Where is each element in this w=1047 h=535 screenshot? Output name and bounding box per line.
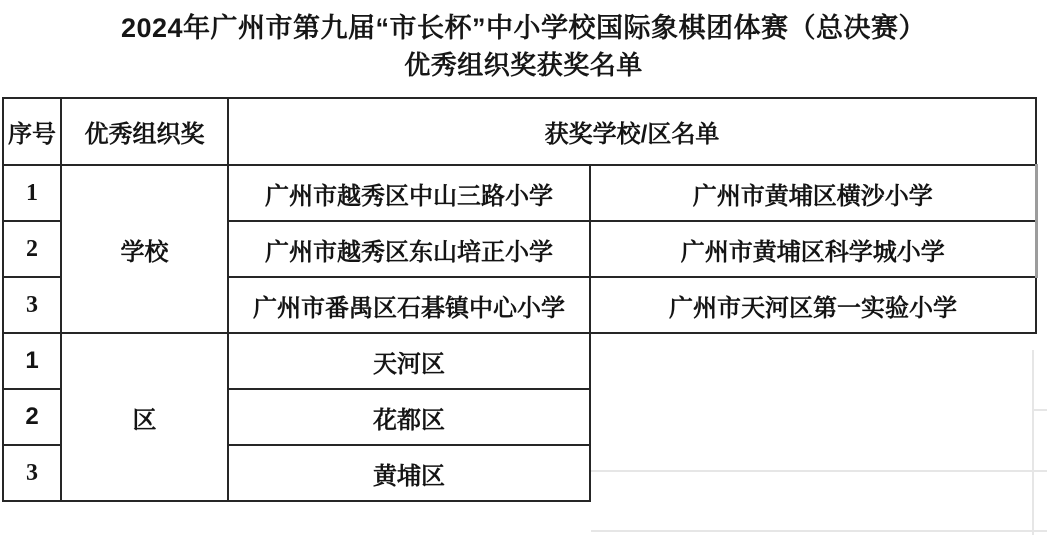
serial-cell: 3: [3, 277, 61, 333]
district-cell: 花都区: [228, 389, 590, 445]
header-winners: 获奖学校/区名单: [228, 98, 1036, 165]
district-cell: 黄埔区: [228, 445, 590, 501]
empty-area: [590, 389, 1036, 445]
category-cell-school: 学校: [61, 165, 228, 333]
serial-cell: 1: [3, 165, 61, 221]
document-subtitle: 优秀组织奖获奖名单: [0, 47, 1047, 84]
school-cell: 广州市越秀区东山培正小学: [228, 221, 590, 277]
empty-area: [590, 333, 1036, 389]
serial-cell: 1: [3, 333, 61, 389]
school-cell: 广州市番禺区石碁镇中心小学: [228, 277, 590, 333]
serial-cell: 2: [3, 389, 61, 445]
spreadsheet-gridline-horizontal: [1032, 409, 1047, 411]
header-award: 优秀组织奖: [61, 98, 228, 165]
table-header-row: 序号 优秀组织奖 获奖学校/区名单: [3, 98, 1036, 165]
district-cell: 天河区: [228, 333, 590, 389]
school-cell: 广州市黄埔区横沙小学: [590, 165, 1036, 221]
spreadsheet-gridline-horizontal: [591, 530, 1047, 532]
awards-table: 序号 优秀组织奖 获奖学校/区名单 1 学校 广州市越秀区中山三路小学 广州市黄…: [2, 97, 1038, 502]
table-row: 1 学校 广州市越秀区中山三路小学 广州市黄埔区横沙小学: [3, 165, 1036, 221]
category-cell-district: 区: [61, 333, 228, 501]
header-serial: 序号: [3, 98, 61, 165]
school-cell: 广州市黄埔区科学城小学: [590, 221, 1036, 277]
table-row: 1 区 天河区: [3, 333, 1036, 389]
document-title: 2024年广州市第九届“市长杯”中小学校国际象棋团体赛（总决赛）: [0, 10, 1047, 47]
serial-cell: 3: [3, 445, 61, 501]
empty-area: [590, 445, 1036, 501]
document-page: 2024年广州市第九届“市长杯”中小学校国际象棋团体赛（总决赛） 优秀组织奖获奖…: [0, 0, 1047, 535]
school-cell: 广州市越秀区中山三路小学: [228, 165, 590, 221]
school-cell: 广州市天河区第一实验小学: [590, 277, 1036, 333]
spreadsheet-gridline-horizontal: [591, 470, 1047, 472]
spreadsheet-gridline-vertical: [1032, 350, 1034, 535]
serial-cell: 2: [3, 221, 61, 277]
title-block: 2024年广州市第九届“市长杯”中小学校国际象棋团体赛（总决赛） 优秀组织奖获奖…: [0, 10, 1047, 84]
